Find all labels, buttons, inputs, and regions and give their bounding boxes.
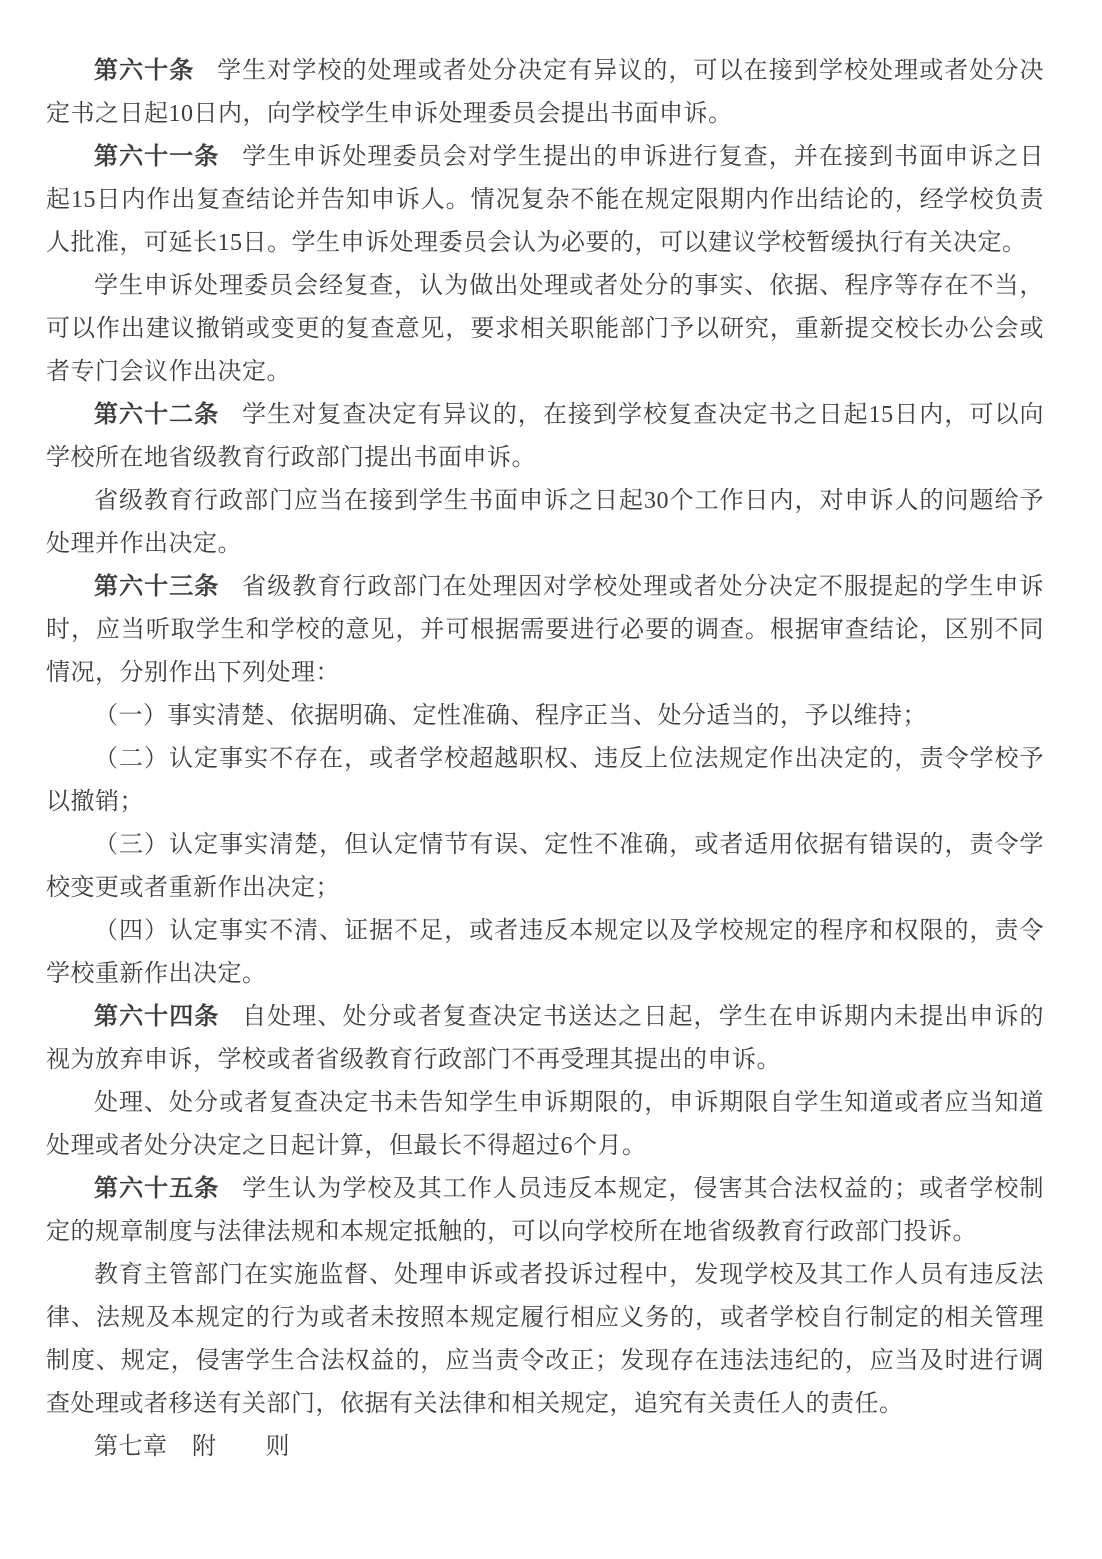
article-number: 第六十五条	[94, 1176, 219, 1202]
paragraph-article-65: 第六十五条学生认为学校及其工作人员违反本规定，侵害其合法权益的；或者学校制定的规…	[46, 1168, 1044, 1254]
paragraph: 教育主管部门在实施监督、处理申诉或者投诉过程中，发现学校及其工作人员有违反法律、…	[46, 1254, 1044, 1426]
chapter-heading: 第七章 附 则	[46, 1426, 1044, 1469]
paragraph: 省级教育行政部门应当在接到学生书面申诉之日起30个工作日内，对申诉人的问题给予处…	[46, 480, 1044, 566]
article-number: 第六十条	[94, 58, 194, 84]
paragraph-text: （四）认定事实不清、证据不足，或者违反本规定以及学校规定的程序和权限的，责令学校…	[46, 918, 1044, 987]
article-number: 第六十二条	[94, 402, 219, 428]
article-number: 第六十三条	[94, 574, 219, 600]
paragraph-article-61: 第六十一条学生申诉处理委员会对学生提出的申诉进行复查，并在接到书面申诉之日起15…	[46, 136, 1044, 265]
paragraph-text: 省级教育行政部门应当在接到学生书面申诉之日起30个工作日内，对申诉人的问题给予处…	[46, 488, 1044, 557]
paragraph-article-62: 第六十二条学生对复查决定有异议的，在接到学校复查决定书之日起15日内，可以向学校…	[46, 394, 1044, 480]
paragraph: 处理、处分或者复查决定书未告知学生申诉期限的，申诉期限自学生知道或者应当知道处理…	[46, 1082, 1044, 1168]
paragraph-text: （二）认定事实不存在，或者学校超越职权、违反上位法规定作出决定的，责令学校予以撤…	[46, 746, 1044, 815]
paragraph-text: 教育主管部门在实施监督、处理申诉或者投诉过程中，发现学校及其工作人员有违反法律、…	[46, 1262, 1044, 1417]
article-number: 第六十四条	[94, 1004, 219, 1030]
paragraph-text: （一）事实清楚、依据明确、定性准确、程序正当、处分适当的，予以维持；	[94, 703, 927, 729]
paragraph-list-item-2: （二）认定事实不存在，或者学校超越职权、违反上位法规定作出决定的，责令学校予以撤…	[46, 738, 1044, 824]
paragraph-text: 学生对学校的处理或者处分决定有异议的，可以在接到学校处理或者处分决定书之日起10…	[46, 58, 1044, 127]
paragraph-list-item-4: （四）认定事实不清、证据不足，或者违反本规定以及学校规定的程序和权限的，责令学校…	[46, 910, 1044, 996]
article-number: 第六十一条	[94, 144, 219, 170]
paragraph-article-64: 第六十四条自处理、处分或者复查决定书送达之日起，学生在申诉期内未提出申诉的视为放…	[46, 996, 1044, 1082]
paragraph-article-63: 第六十三条省级教育行政部门在处理因对学校处理或者处分决定不服提起的学生申诉时，应…	[46, 566, 1044, 695]
document-body: 第六十条学生对学校的处理或者处分决定有异议的，可以在接到学校处理或者处分决定书之…	[46, 50, 1044, 1469]
paragraph-text: 学生申诉处理委员会经复查，认为做出处理或者处分的事实、依据、程序等存在不当，可以…	[46, 273, 1044, 385]
paragraph-list-item-3: （三）认定事实清楚，但认定情节有误、定性不准确，或者适用依据有错误的，责令学校变…	[46, 824, 1044, 910]
paragraph: 学生申诉处理委员会经复查，认为做出处理或者处分的事实、依据、程序等存在不当，可以…	[46, 265, 1044, 394]
document-page: 第六十条学生对学校的处理或者处分决定有异议的，可以在接到学校处理或者处分决定书之…	[0, 0, 1102, 1559]
paragraph-article-60: 第六十条学生对学校的处理或者处分决定有异议的，可以在接到学校处理或者处分决定书之…	[46, 50, 1044, 136]
paragraph-list-item-1: （一）事实清楚、依据明确、定性准确、程序正当、处分适当的，予以维持；	[46, 695, 1044, 738]
paragraph-text: （三）认定事实清楚，但认定情节有误、定性不准确，或者适用依据有错误的，责令学校变…	[46, 832, 1044, 901]
paragraph-text: 处理、处分或者复查决定书未告知学生申诉期限的，申诉期限自学生知道或者应当知道处理…	[46, 1090, 1044, 1159]
